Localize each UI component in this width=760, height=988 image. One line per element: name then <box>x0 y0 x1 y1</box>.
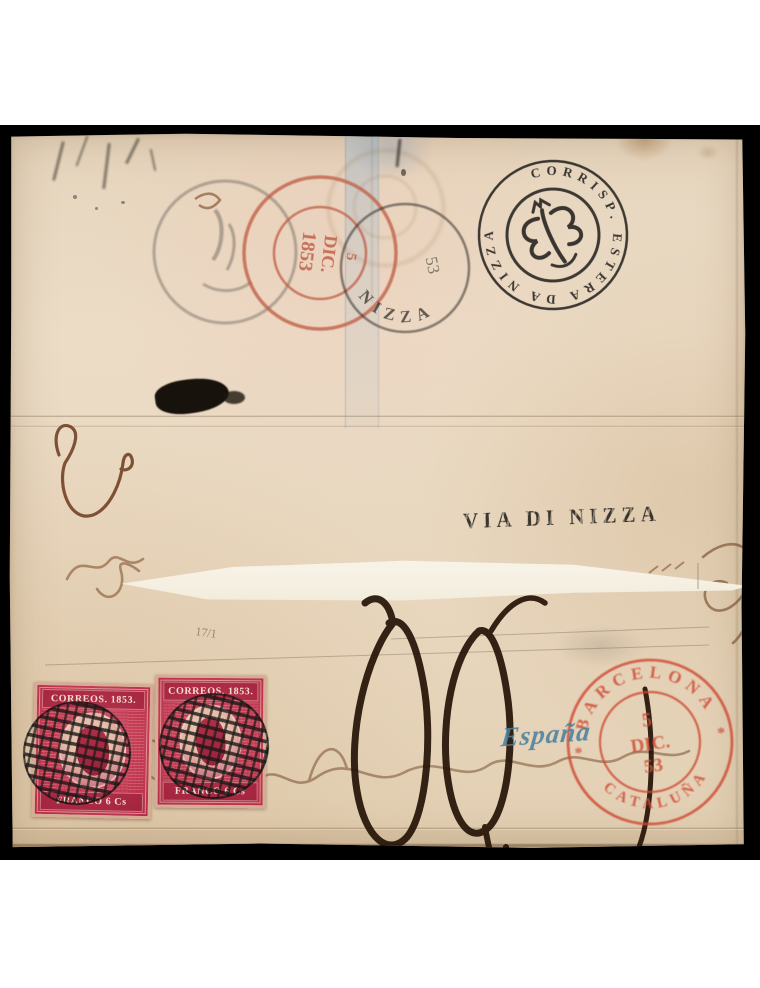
queen-isabella-bust <box>75 725 109 775</box>
barcelona-cds-year: 53 <box>643 755 665 778</box>
stamp-top-label: CORREOS. 1853. <box>163 682 258 702</box>
address-script-flourish <box>703 544 746 643</box>
vertical-crease <box>371 133 373 303</box>
corrisp-seal: CORRISP. ESTERA DA NIZZA <box>468 150 638 320</box>
stamp-bottom-label: FRANCO 6 Cs <box>40 791 143 812</box>
barcelona-cds-ornament: * <box>574 745 584 763</box>
ink-speck <box>121 201 125 204</box>
stamp-bottom-label: FRANCO 6 Cs <box>163 782 258 802</box>
photo-frame: 5 DIC. 1853 NIZZA 53 <box>0 125 760 860</box>
fold-crease <box>9 425 746 428</box>
ink-blob <box>223 391 245 404</box>
stamp-portrait-oval <box>179 704 242 780</box>
stamp-portrait-oval <box>58 711 127 789</box>
manuscript-under-layer <box>9 133 746 850</box>
red-cds-year: 1853 <box>294 230 321 272</box>
red-cds-month: DIC. <box>317 234 341 274</box>
barcelona-cds-top: BARCELONA <box>564 653 722 735</box>
faint-black-datestamp <box>145 172 305 332</box>
manuscript-rate-2 <box>56 425 132 516</box>
stamp-top-label: CORREOS. 1853. <box>42 689 145 710</box>
barcelona-datestamp: BARCELONA CATALUÑA 5 DIC. 53 * * <box>550 642 750 842</box>
barcelona-cds-bottom: CATALUÑA <box>599 765 716 819</box>
red-transit-datestamp: 5 DIC. 1853 <box>235 168 405 338</box>
nizza-datestamp: NIZZA 53 <box>325 188 485 348</box>
bottom-flap-crease <box>9 827 746 830</box>
svg-text:CATALUÑA: CATALUÑA <box>599 765 716 819</box>
fold-crease <box>9 415 746 418</box>
ink-streak <box>76 136 89 167</box>
stamp-vignette <box>40 709 145 792</box>
ink-streak <box>150 149 157 171</box>
nizza-cds-town: NIZZA <box>351 284 441 334</box>
ink-speck <box>401 169 406 176</box>
barcelona-cds-day: 5 <box>640 709 653 732</box>
brown-stain <box>615 133 673 161</box>
stamp-frame <box>160 680 262 804</box>
strip-seam <box>697 563 699 589</box>
bottom-flap-shade <box>9 830 746 850</box>
manuscript-over-layer: 17/1 <box>9 133 746 850</box>
tape-smudge <box>349 133 433 181</box>
barcelona-cds-ornament: * <box>716 724 726 742</box>
ink-rate-marks <box>354 598 651 850</box>
queen-isabella-bust <box>195 717 226 766</box>
tape-strip <box>345 133 379 428</box>
stamp-vignette <box>163 702 259 782</box>
vertical-crease <box>736 133 738 850</box>
svg-text:CORRISP. ESTERA DA NIZZA: CORRISP. ESTERA DA NIZZA <box>468 150 638 320</box>
photo-page: 5 DIC. 1853 NIZZA 53 <box>0 0 760 988</box>
ink-streak <box>102 143 111 189</box>
stamp-right: CORREOS. 1853. FRANCO 6 Cs <box>155 675 267 809</box>
ink-speck <box>95 207 98 210</box>
white-paper-strip <box>119 558 751 614</box>
nizza-cds-year: 53 <box>422 255 444 276</box>
grid-cancellation <box>155 689 272 802</box>
red-cds-day: 5 <box>342 252 359 261</box>
stamp-left: CORREOS. 1853. FRANCO 6 Cs <box>32 682 154 819</box>
via-di-nizza-handstamp: VIA DI NIZZA <box>463 501 662 535</box>
address-script-upper <box>67 557 199 597</box>
grid-cancellation <box>18 696 136 811</box>
ink-speck <box>73 195 77 199</box>
pencil-note: 17/1 <box>195 624 218 641</box>
bottom-edge-shadow <box>9 844 746 847</box>
brown-curl-mark <box>195 194 220 208</box>
cover-paper: 5 DIC. 1853 NIZZA 53 <box>9 133 746 850</box>
seal-emblem-icon <box>514 190 591 275</box>
tick-marks <box>649 562 684 573</box>
address-script-line <box>57 740 689 791</box>
brown-stain <box>697 145 719 160</box>
wax-seal-inner-ring <box>353 175 417 239</box>
svg-text:NIZZA: NIZZA <box>351 284 441 334</box>
barcelona-cds-month: DIC. <box>629 731 671 757</box>
corrisp-seal-legend: CORRISP. ESTERA DA NIZZA <box>468 150 638 320</box>
ink-streak <box>52 141 65 181</box>
svg-text:BARCELONA: BARCELONA <box>564 653 722 735</box>
stamp-frame <box>37 687 149 814</box>
faint-lines <box>45 627 709 665</box>
ink-blob <box>153 374 231 418</box>
ink-streak <box>396 139 402 167</box>
grey-smudge <box>554 625 646 667</box>
espana-marking: España <box>499 716 592 754</box>
ink-streak <box>125 138 140 164</box>
wax-seal-impression <box>327 149 445 267</box>
